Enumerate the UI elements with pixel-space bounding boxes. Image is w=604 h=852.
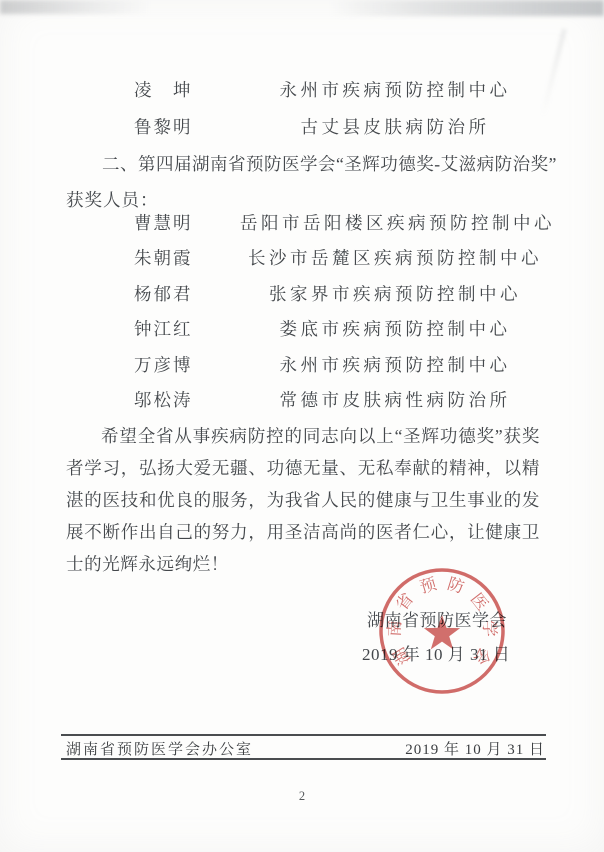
awardee-organization: 岳阳市岳阳楼区疾病预防控制中心 <box>240 206 550 241</box>
star-icon <box>424 615 460 649</box>
award-row: 凌 坤 永州市疾病预防控制中心 <box>66 72 540 109</box>
award-list-part2: 曹慧明 岳阳市岳阳楼区疾病预防控制中心 朱朝霞 长沙市岳麓区疾病预防控制中心 杨… <box>66 206 540 418</box>
award-row: 钟江红 娄底市疾病预防控制中心 <box>66 312 540 347</box>
scan-smudge-top-right <box>330 0 604 16</box>
section-heading: 二、第四届湖南省预防医学会“圣辉功德奖-艾滋病防治奖” <box>66 146 576 182</box>
awardee-organization: 常德市皮肤病性病防治所 <box>240 383 550 418</box>
awardee-name: 朱朝霞 <box>134 241 193 276</box>
awardee-name: 凌 坤 <box>134 72 193 109</box>
award-row: 杨郁君 张家界市疾病预防控制中心 <box>66 277 540 312</box>
awardee-organization: 长沙市岳麓区疾病预防控制中心 <box>240 241 550 276</box>
awardee-organization: 永州市疾病预防控制中心 <box>240 72 550 109</box>
awardee-organization: 古丈县皮肤病防治所 <box>240 109 550 146</box>
awardee-name: 曹慧明 <box>134 206 193 241</box>
awardee-name: 万彦博 <box>134 348 193 383</box>
awardee-name: 杨郁君 <box>134 277 193 312</box>
awardee-name: 邬松涛 <box>134 383 193 418</box>
award-row: 邬松涛 常德市皮肤病性病防治所 <box>66 383 540 418</box>
award-row: 朱朝霞 长沙市岳麓区疾病预防控制中心 <box>66 241 540 276</box>
award-row: 万彦博 永州市疾病预防控制中心 <box>66 348 540 383</box>
footer-print-date: 2019 年 10 月 31 日 <box>405 738 545 758</box>
award-row: 曹慧明 岳阳市岳阳楼区疾病预防控制中心 <box>66 206 540 241</box>
award-list-part1: 凌 坤 永州市疾病预防控制中心 鲁黎明 古丈县皮肤病防治所 <box>66 72 540 146</box>
scan-smudge-top-left <box>0 0 150 14</box>
footer-rule-top <box>61 734 546 736</box>
svg-text:预: 预 <box>417 574 439 597</box>
awardee-organization: 张家界市疾病预防控制中心 <box>240 277 550 312</box>
awardee-organization: 永州市疾病预防控制中心 <box>240 348 550 383</box>
svg-text:南: 南 <box>385 620 405 637</box>
svg-text:防: 防 <box>445 574 466 597</box>
footer-issuing-office: 湖南省预防医学会办公室 <box>66 738 253 758</box>
svg-text:学: 学 <box>480 620 500 637</box>
awardee-name: 钟江红 <box>134 312 193 347</box>
page-number: 2 <box>0 789 604 804</box>
footer: 湖南省预防医学会办公室 2019 年 10 月 31 日 <box>66 738 545 758</box>
awardee-name: 鲁黎明 <box>134 109 193 146</box>
awardee-organization: 娄底市疾病预防控制中心 <box>240 312 550 347</box>
award-row: 鲁黎明 古丈县皮肤病防治所 <box>66 109 540 146</box>
footer-rule-bottom <box>61 758 546 760</box>
official-seal: 湖 南 省 预 防 医 学 会 <box>367 556 517 706</box>
document-page: 凌 坤 永州市疾病预防控制中心 鲁黎明 古丈县皮肤病防治所 二、第四届湖南省预防… <box>0 0 604 852</box>
